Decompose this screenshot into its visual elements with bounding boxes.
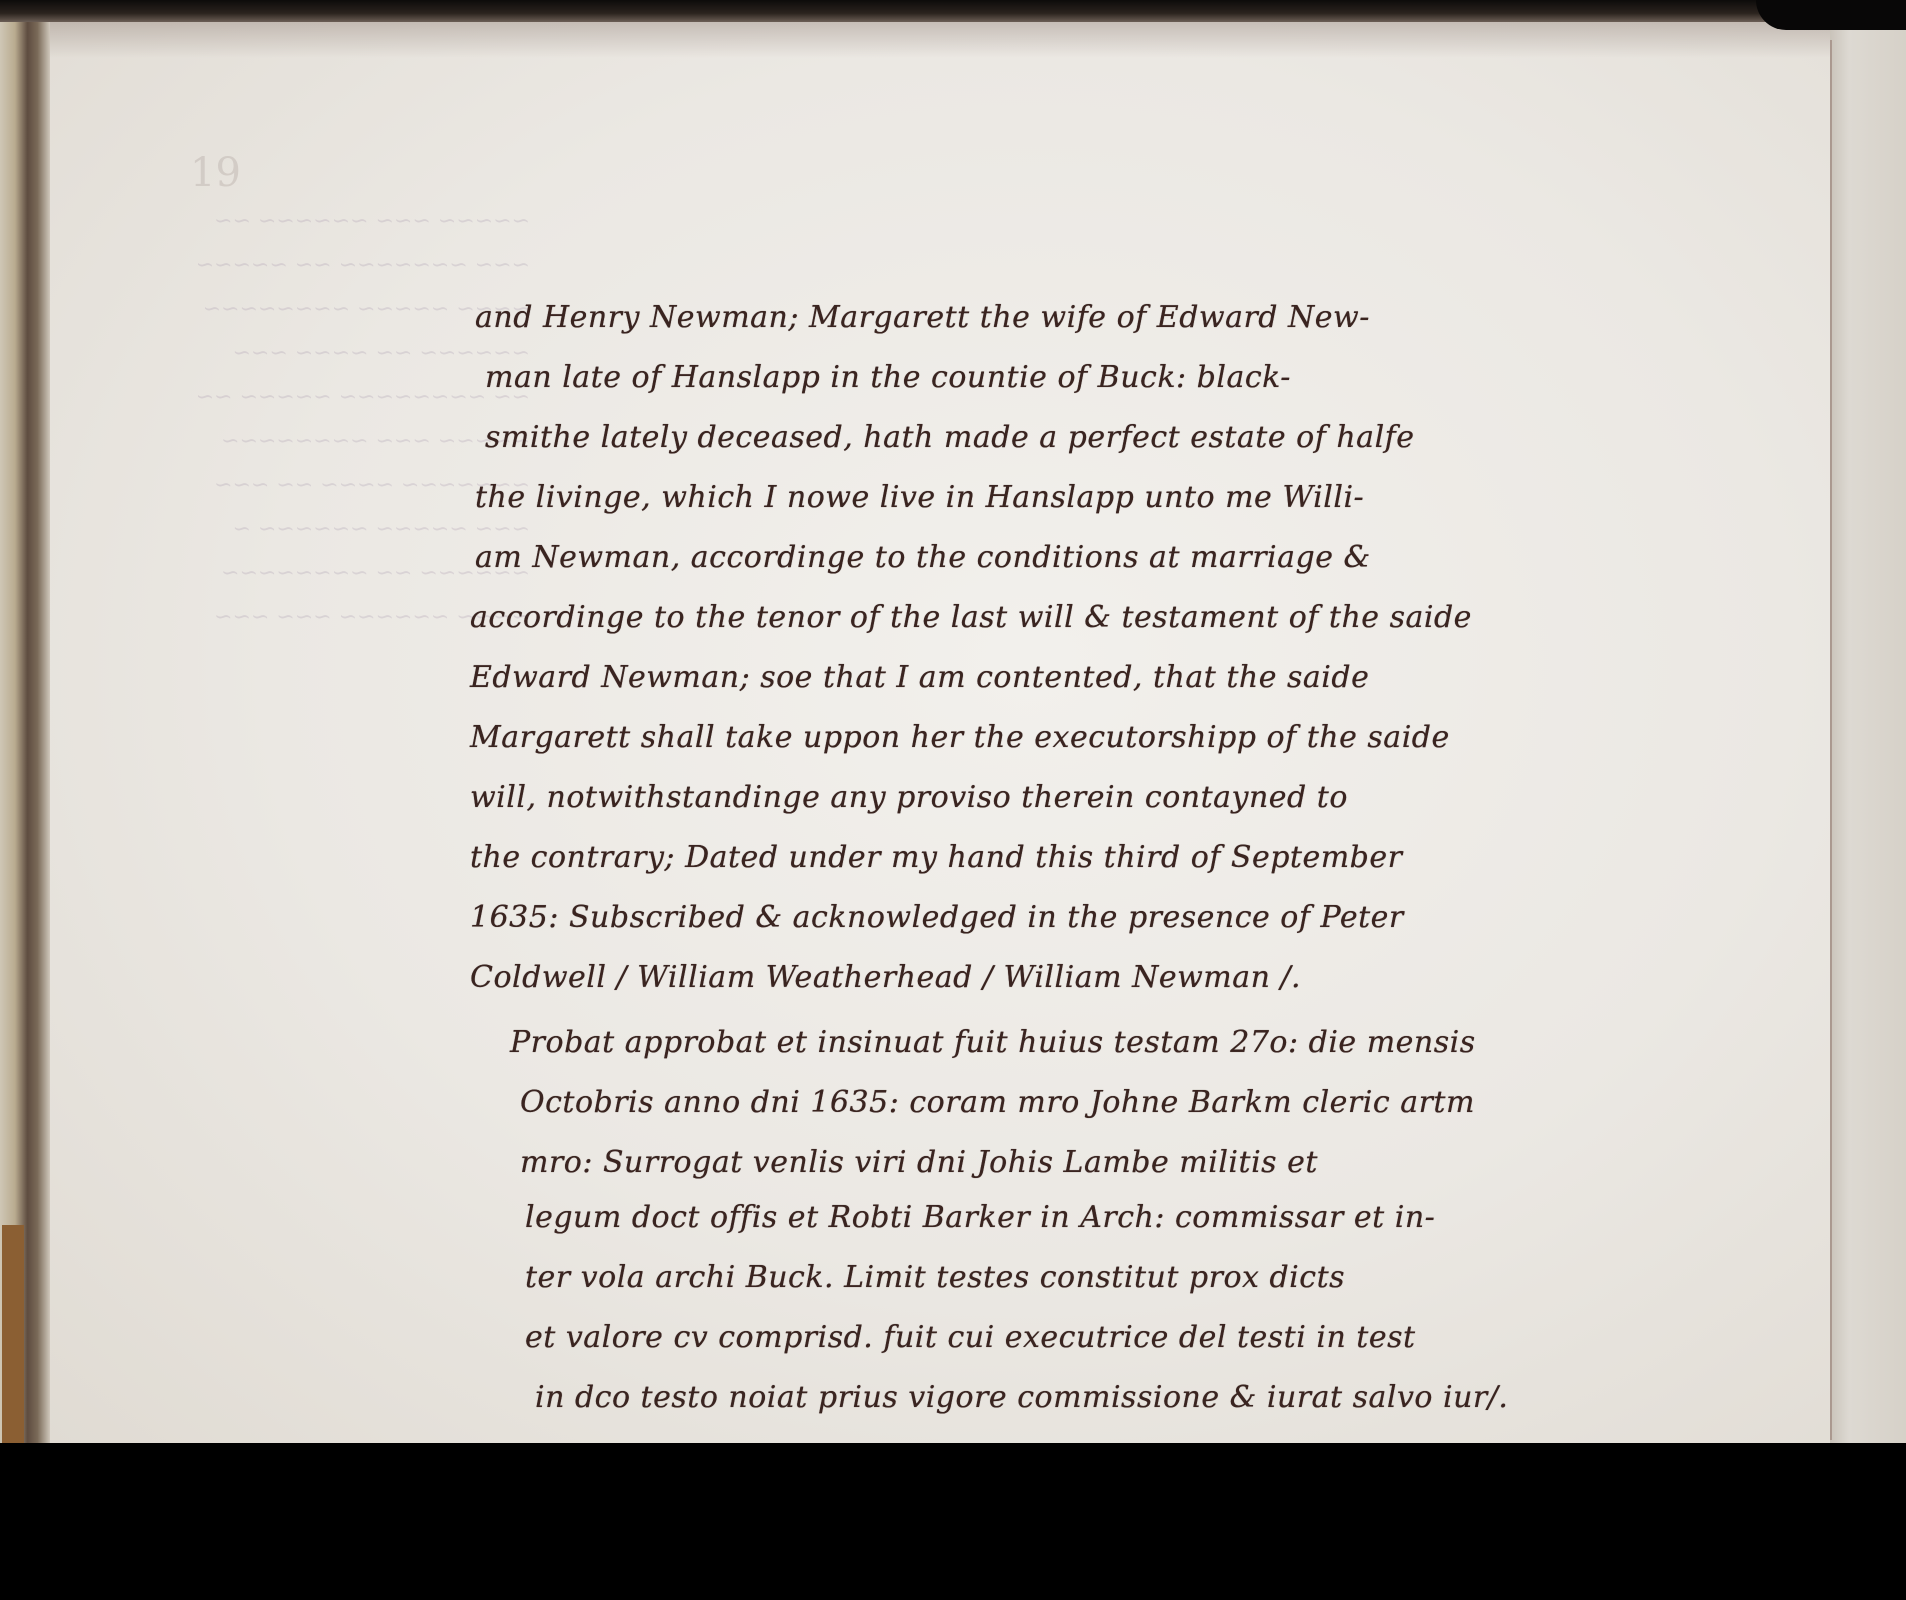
latin-line-7: in dco testo noiat prius vigore commissi… <box>535 1380 1508 1415</box>
latin-line-4: legum doct offis et Robti Barker in Arch… <box>525 1200 1435 1235</box>
english-line-11: 1635: Subscribed & acknowledged in the p… <box>470 900 1404 935</box>
english-line-1: and Henry Newman; Margarett the wife of … <box>475 300 1370 335</box>
english-line-7: Edward Newman; soe that I am contented, … <box>470 660 1369 695</box>
manuscript-photograph: ~~~~~ ~~~ ~~~~~~ ~~ ~~~ ~~~~~~~ ~~ ~~~~~… <box>0 0 1906 1443</box>
english-line-3: smithe lately deceased, hath made a perf… <box>485 420 1415 455</box>
english-line-4: the livinge, which I nowe live in Hansla… <box>475 480 1364 515</box>
top-edge-shadow <box>0 0 1906 22</box>
english-line-10: the contrary; Dated under my hand this t… <box>470 840 1402 875</box>
latin-line-6: et valore cv comprisd. fuit cui executri… <box>525 1320 1416 1355</box>
english-line-5: am Newman, accordinge to the conditions … <box>475 540 1371 575</box>
right-gutter <box>1830 25 1906 1443</box>
english-line-9: will, notwithstandinge any proviso there… <box>470 780 1348 815</box>
folio-number: 19 <box>190 150 241 196</box>
latin-line-5: ter vola archi Buck. Limit testes consti… <box>525 1260 1345 1295</box>
page-top-shadow <box>50 18 1830 58</box>
bottom-black-band <box>0 1443 1906 1600</box>
latin-line-2: Octobris anno dni 1635: coram mro Johne … <box>520 1085 1475 1120</box>
top-right-corner-shadow <box>1756 0 1906 30</box>
gutter-fold-line <box>1830 40 1832 1440</box>
english-line-8: Margarett shall take uppon her the execu… <box>470 720 1450 755</box>
latin-line-3: mro: Surrogat venlis viri dni Johis Lamb… <box>520 1145 1318 1180</box>
english-line-6: accordinge to the tenor of the last will… <box>470 600 1472 635</box>
english-line-12: Coldwell / William Weatherhead / William… <box>470 960 1301 995</box>
binding-stain <box>2 1225 24 1443</box>
latin-line-1: Probat approbat et insinuat fuit huius t… <box>510 1025 1476 1060</box>
english-line-2: man late of Hanslapp in the countie of B… <box>485 360 1291 395</box>
